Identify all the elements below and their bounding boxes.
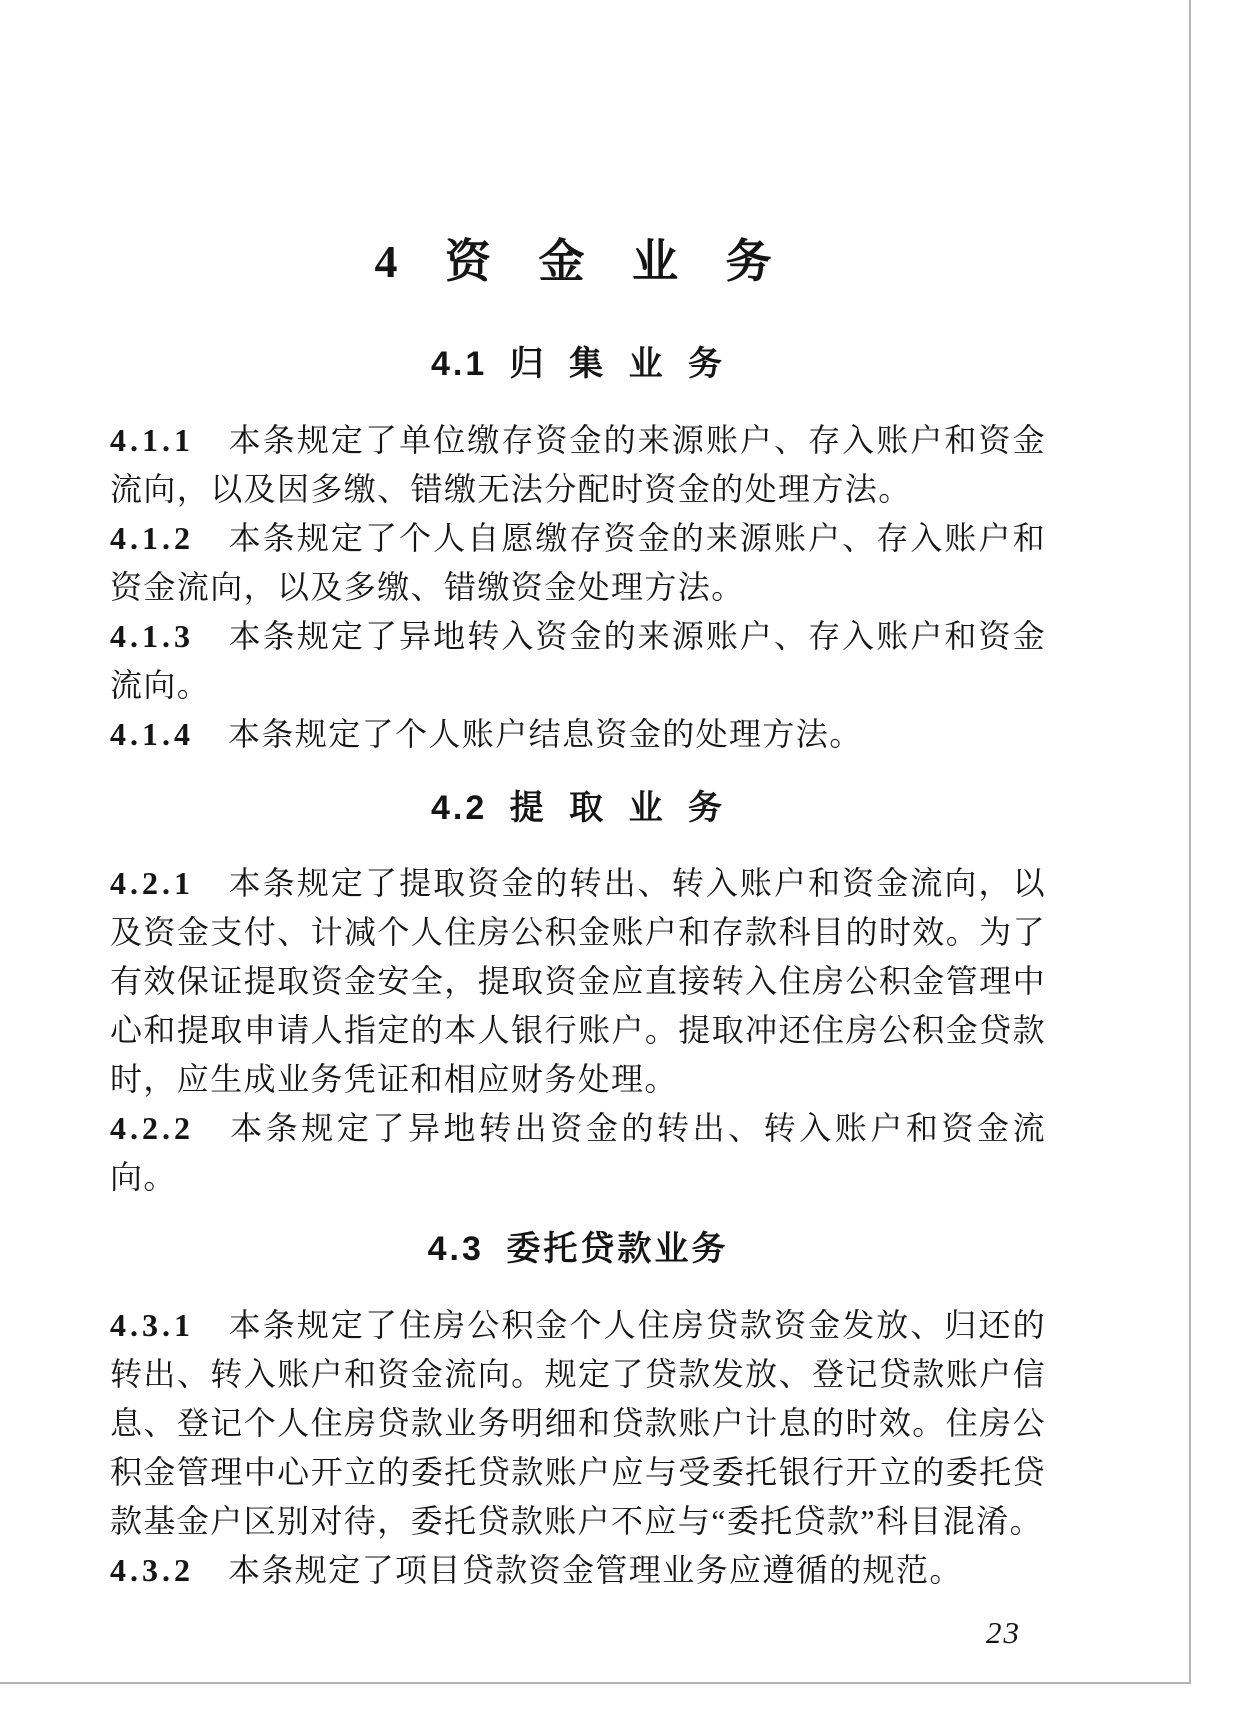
clause-4-2-2: 4.2.2本条规定了异地转出资金的转出、转入账户和资金流向。: [110, 1104, 1046, 1202]
section-body-4-3: 4.3.1本条规定了住房公积金个人住房贷款资金发放、归还的转出、转入账户和资金流…: [110, 1301, 1046, 1595]
clause-number: 4.1.4: [110, 716, 194, 752]
clause-number: 4.1.3: [110, 618, 194, 654]
clause-4-1-4: 4.1.4本条规定了个人账户结息资金的处理方法。: [110, 710, 1046, 759]
clause-4-2-1: 4.2.1本条规定了提取资金的转出、转入账户和资金流向，以及资金支付、计减个人住…: [110, 859, 1046, 1104]
section-heading-4-3: 4.3 委托贷款业务: [110, 1226, 1046, 1272]
clause-number: 4.3.2: [110, 1552, 194, 1588]
page-content: 4 资 金 业 务 4.1 归 集 业 务 4.1.1本条规定了单位缴存资金的来…: [110, 0, 1046, 1653]
clause-text: 本条规定了住房公积金个人住房贷款资金发放、归还的转出、转入账户和资金流向。规定了…: [110, 1307, 1046, 1539]
clause-text: 本条规定了单位缴存资金的来源账户、存入账户和资金流向，以及因多缴、错缴无法分配时…: [110, 422, 1046, 507]
clause-4-1-1: 4.1.1本条规定了单位缴存资金的来源账户、存入账户和资金流向，以及因多缴、错缴…: [110, 416, 1046, 514]
page-border-right: [1189, 0, 1191, 1683]
clause-number: 4.1.2: [110, 520, 194, 556]
clause-4-3-1: 4.3.1本条规定了住房公积金个人住房贷款资金发放、归还的转出、转入账户和资金流…: [110, 1301, 1046, 1546]
clause-text: 本条规定了个人自愿缴存资金的来源账户、存入账户和资金流向，以及多缴、错缴资金处理…: [110, 520, 1046, 605]
clause-number: 4.2.2: [110, 1110, 194, 1146]
chapter-title: 4 资 金 业 务: [110, 232, 1046, 292]
document-page: 4 资 金 业 务 4.1 归 集 业 务 4.1.1本条规定了单位缴存资金的来…: [0, 0, 1234, 1714]
section-body-4-2: 4.2.1本条规定了提取资金的转出、转入账户和资金流向，以及资金支付、计减个人住…: [110, 859, 1046, 1202]
clause-text: 本条规定了异地转入资金的来源账户、存入账户和资金流向。: [110, 618, 1046, 703]
page-number: 23: [110, 1613, 1046, 1653]
clause-text: 本条规定了项目贷款资金管理业务应遵循的规范。: [228, 1552, 963, 1588]
page-border-bottom: [0, 1682, 1191, 1684]
section-heading-4-2: 4.2 提 取 业 务: [110, 785, 1046, 831]
clause-number: 4.3.1: [110, 1307, 194, 1343]
clause-text: 本条规定了个人账户结息资金的处理方法。: [228, 716, 863, 752]
clause-number: 4.2.1: [110, 865, 194, 901]
clause-number: 4.1.1: [110, 422, 194, 458]
clause-4-1-2: 4.1.2本条规定了个人自愿缴存资金的来源账户、存入账户和资金流向，以及多缴、错…: [110, 514, 1046, 612]
clause-4-3-2: 4.3.2本条规定了项目贷款资金管理业务应遵循的规范。: [110, 1546, 1046, 1595]
clause-4-1-3: 4.1.3本条规定了异地转入资金的来源账户、存入账户和资金流向。: [110, 612, 1046, 710]
clause-text: 本条规定了异地转出资金的转出、转入账户和资金流向。: [110, 1110, 1046, 1195]
clause-text: 本条规定了提取资金的转出、转入账户和资金流向，以及资金支付、计减个人住房公积金账…: [110, 865, 1046, 1097]
section-body-4-1: 4.1.1本条规定了单位缴存资金的来源账户、存入账户和资金流向，以及因多缴、错缴…: [110, 416, 1046, 759]
section-heading-4-1: 4.1 归 集 业 务: [110, 341, 1046, 387]
